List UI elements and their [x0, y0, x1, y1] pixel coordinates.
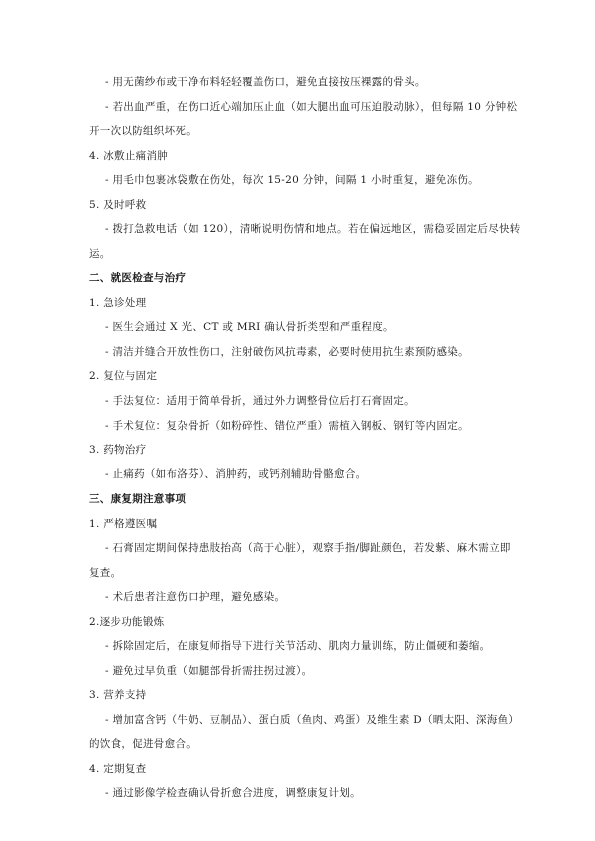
list-item-heading: 3. 药物治疗 — [89, 443, 146, 457]
list-item-heading: 2. 复位与固定 — [89, 369, 157, 383]
bullet-line: - 术后患者注意伤口护理，避免感染。 — [105, 590, 285, 604]
continuation-line: 的饮食，促进骨愈合。 — [89, 737, 197, 751]
bullet-line: - 手法复位：适用于简单骨折，通过外力调整骨位后打石膏固定。 — [105, 394, 415, 408]
bullet-line: - 拆除固定后，在康复师指导下进行关节活动、肌肉力量训练，防止僵硬和萎缩。 — [105, 639, 490, 653]
list-item-heading: 5. 及时呼救 — [89, 198, 146, 212]
document-page: - 用无菌纱布或干净布料轻轻覆盖伤口，避免直接按压裸露的骨头。 - 若出血严重，… — [0, 0, 595, 841]
section-heading: 二、就医检查与治疗 — [89, 271, 186, 285]
bullet-line: - 拨打急救电话（如 120），清晰说明伤情和地点。若在偏远地区，需稳妥固定后尽… — [105, 222, 521, 236]
bullet-line: - 通过影像学检查确认骨折愈合进度，调整康复计划。 — [105, 786, 361, 800]
list-item-heading: 2.逐步功能锻炼 — [89, 615, 164, 629]
bullet-line: - 用毛巾包裹冰袋敷在伤处，每次 15-20 分钟，间隔 1 小时重复，避免冻伤… — [105, 173, 479, 187]
bullet-line: - 增加富含钙（牛奶、豆制品）、蛋白质（鱼肉、鸡蛋）及维生素 D（晒太阳、深海鱼… — [105, 713, 519, 727]
bullet-line: - 石膏固定期间保持患肢抬高（高于心脏），观察手指/脚趾颜色，若发紫、麻木需立即 — [105, 541, 511, 555]
list-item-heading: 3. 营养支持 — [89, 688, 146, 702]
bullet-line: - 若出血严重，在伤口近心端加压止血（如大腿出血可压迫股动脉），但每隔 10 分… — [105, 100, 517, 114]
bullet-line: - 手术复位：复杂骨折（如粉碎性、错位严重）需植入钢板、钢钉等内固定。 — [105, 419, 469, 433]
bullet-line: - 清洁并缝合开放性伤口，注射破伤风抗毒素，必要时使用抗生素预防感染。 — [105, 345, 469, 359]
bullet-line: - 止痛药（如布洛芬）、消肿药，或钙剂辅助骨骼愈合。 — [105, 467, 366, 481]
continuation-line: 复查。 — [89, 566, 121, 580]
list-item-heading: 1. 严格遵医嘱 — [89, 517, 157, 531]
continuation-line: 开一次以防组织坏死。 — [89, 124, 197, 138]
list-item-heading: 1. 急诊处理 — [89, 296, 146, 310]
list-item-heading: 4. 冰敷止痛消肿 — [89, 149, 168, 163]
section-heading: 三、康复期注意事项 — [89, 492, 186, 506]
continuation-line: 运。 — [89, 247, 111, 261]
bullet-line: - 避免过早负重（如腿部骨折需拄拐过渡）。 — [105, 664, 312, 678]
bullet-line: - 医生会通过 X 光、CT 或 MRI 确认骨折类型和严重程度。 — [105, 320, 394, 334]
bullet-line: - 用无菌纱布或干净布料轻轻覆盖伤口，避免直接按压裸露的骨头。 — [105, 75, 426, 89]
list-item-heading: 4. 定期复查 — [89, 762, 146, 776]
